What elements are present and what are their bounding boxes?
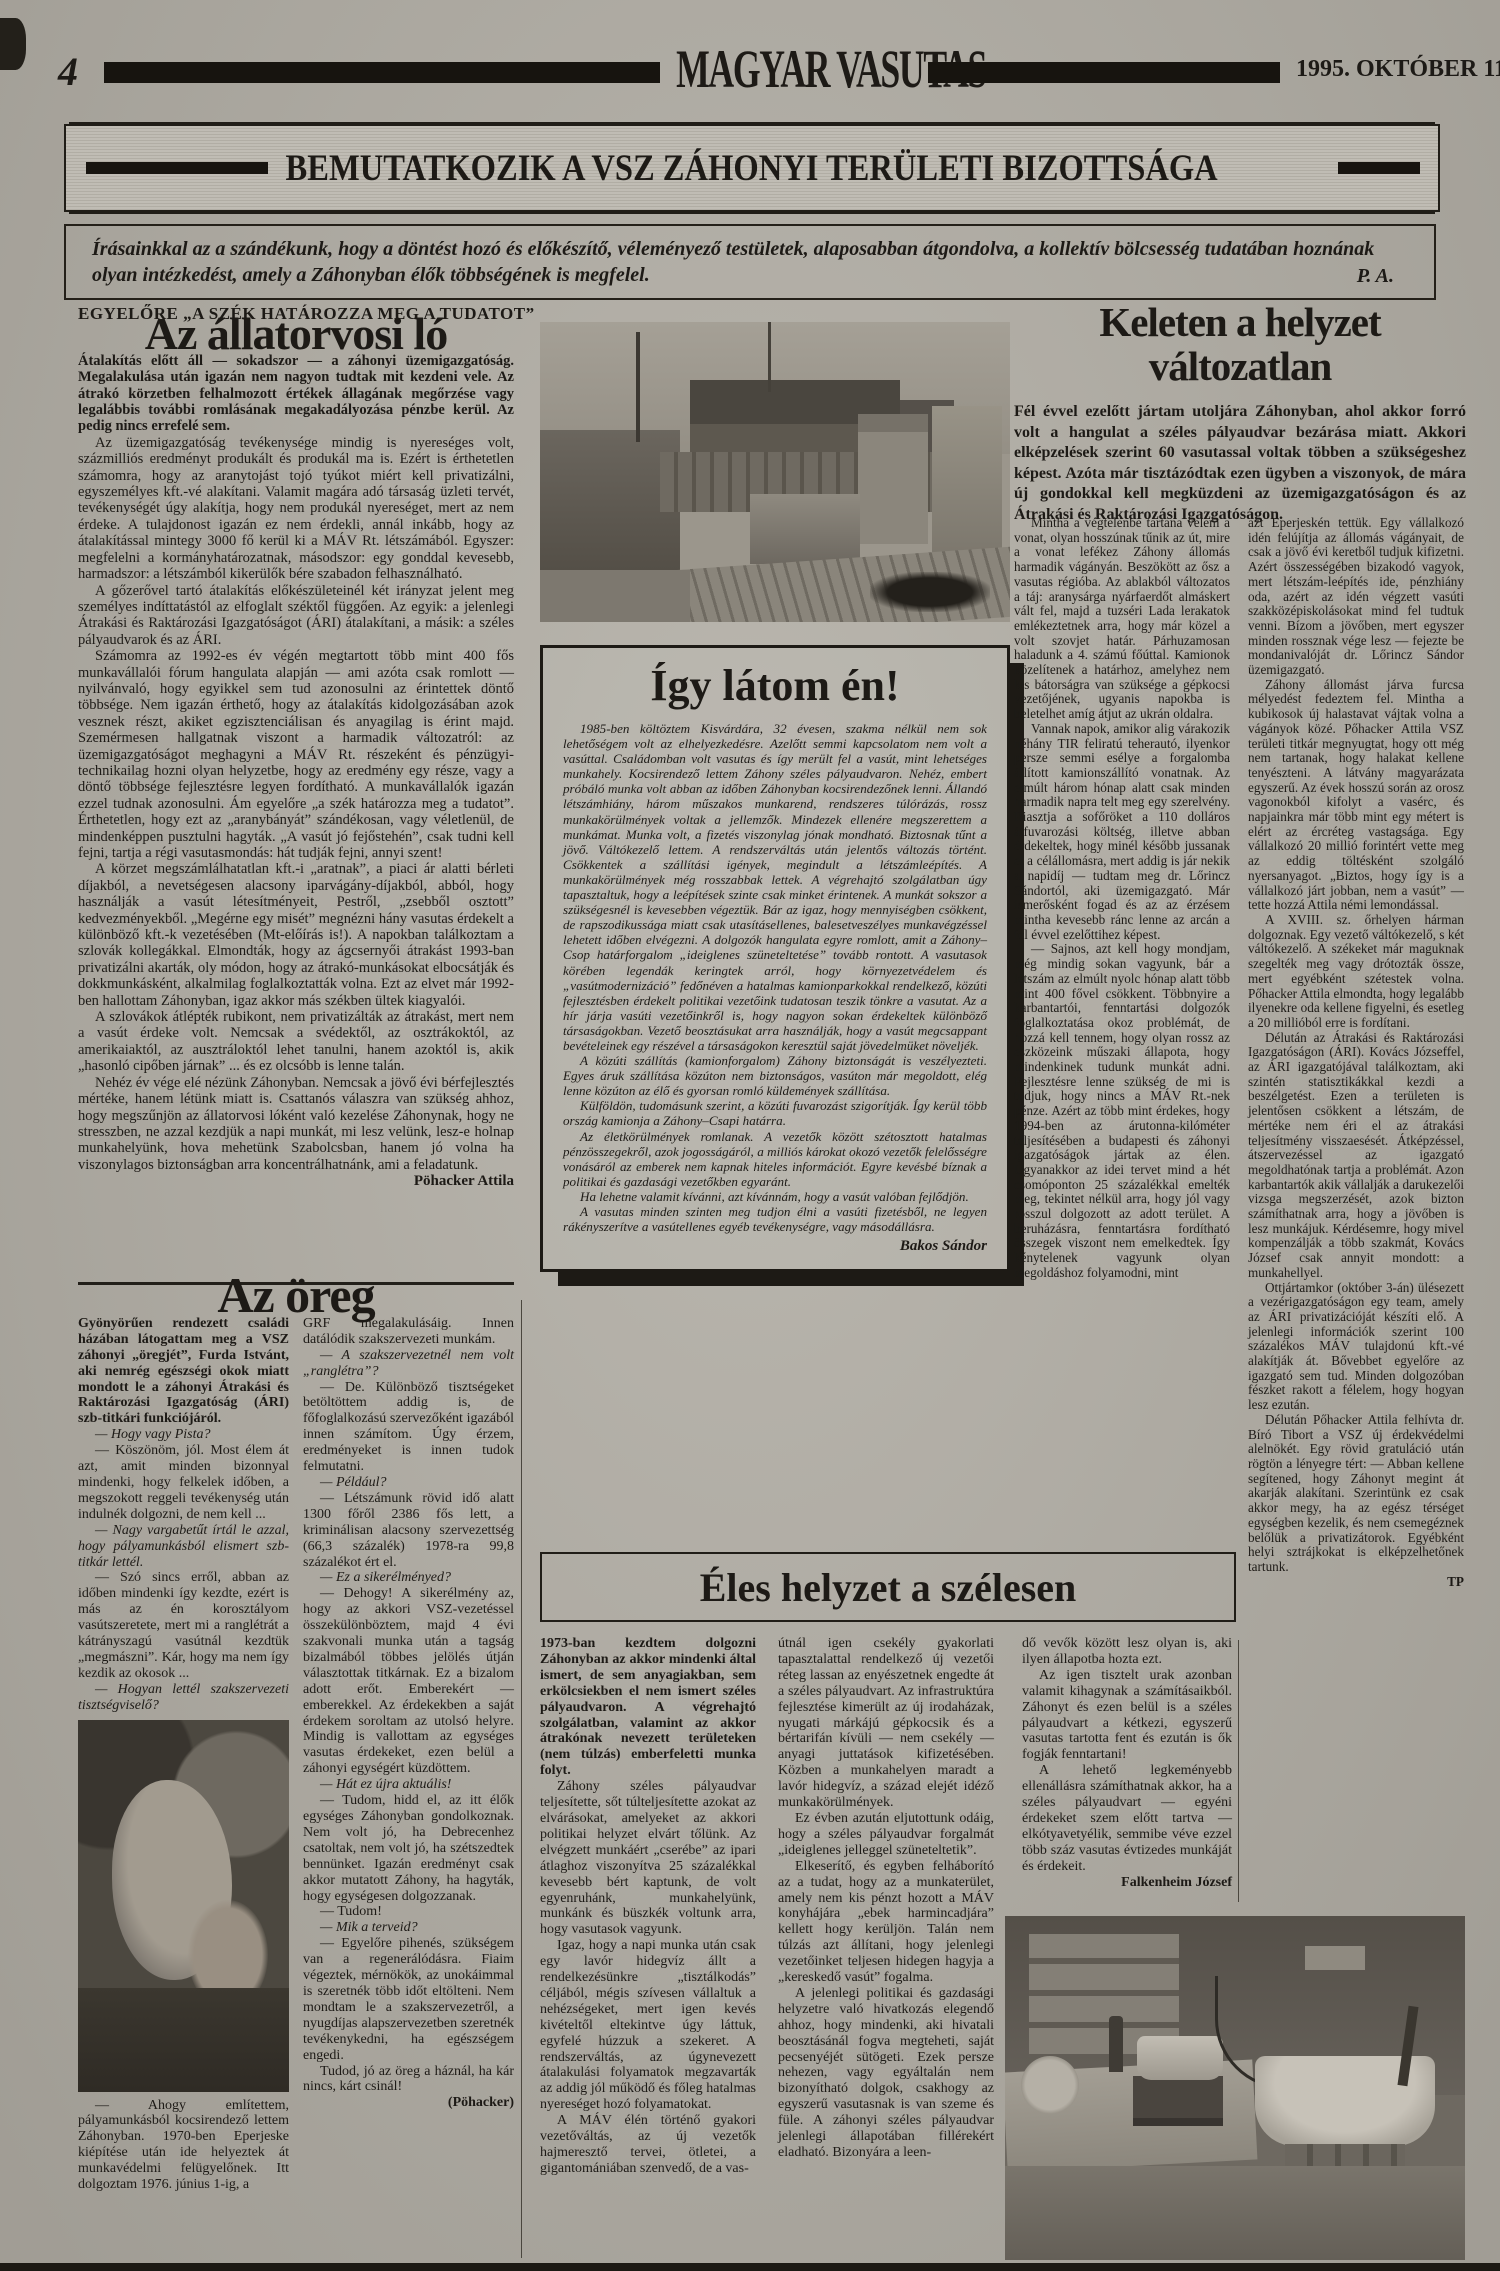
paragraph: útnál igen csekély gyakorlati tapasztala…	[778, 1636, 994, 1811]
paragraph: Az életkörülmények romlanak. A vezetők k…	[563, 1129, 987, 1189]
paragraph: Ottjártamkor (október 3-án) ülésezett a …	[1248, 1281, 1464, 1413]
intro-signature: P. A.	[1357, 265, 1394, 288]
photo-shed-left	[540, 430, 680, 570]
column-rule-eles-keleten	[1238, 1640, 1239, 1902]
paragraph: Délután az Átrakási és Raktározási Igazg…	[1248, 1031, 1464, 1281]
paragraph: 1973-ban kezdtem dolgozni Záhonyban az a…	[540, 1636, 756, 1779]
paragraph: — Hogy vagy Pista?	[78, 1427, 289, 1443]
keleten-lead: Fél évvel ezelőtt jártam utoljára Záhony…	[1014, 402, 1466, 525]
keleten-col-left-text: Mintha a végtelenbe tartana velem a vona…	[1014, 516, 1230, 1281]
paragraph: A közúti szállítás (kamionforgalom) Záho…	[563, 1053, 987, 1098]
paragraph: Külföldön, tudomásunk szerint, a közúti …	[563, 1098, 987, 1128]
article-byline: Pöhacker Attila	[78, 1173, 514, 1189]
oreg-column-1: Gyönyörűen rendezett családi házában lát…	[78, 1316, 289, 2193]
keleten-col-right-text: azt Eperjeskén tettük. Egy vállalkozó id…	[1248, 516, 1464, 1575]
photo-pipe	[1305, 1946, 1365, 1970]
paragraph: GRF megalakulásáig. Innen datálódik szak…	[303, 1316, 514, 1348]
paragraph: Az üzemigazgatóság tevékenysége mindig i…	[78, 435, 514, 583]
keleten-column-left: Mintha a végtelenbe tartana velem a vona…	[1014, 516, 1230, 1281]
paragraph: Mintha a végtelenbe tartana velem a vona…	[1014, 516, 1230, 722]
photo-pole	[636, 332, 640, 442]
paragraph: — Ez a sikerélményed?	[303, 1570, 514, 1586]
paragraph: — De. Különböző tisztségeket betöltöttem…	[303, 1380, 514, 1475]
portrait-photo	[78, 1720, 289, 2092]
banner-bar-left	[86, 162, 268, 174]
paragraph: A XVIII. sz. őrhelyen hárman dolgoznak. …	[1248, 913, 1464, 1031]
photo-shoulder	[78, 1988, 289, 2092]
yard-photo	[540, 322, 1010, 622]
header-bar-right	[928, 62, 1280, 83]
paragraph: Ez évben azután eljutottunk odáig, hogy …	[778, 1811, 994, 1859]
article-eles-headline-box: Éles helyzet a szélesen	[540, 1552, 1236, 1622]
photo-ground	[540, 570, 690, 622]
paragraph: Elkeserítő, és egyben felháborító az a t…	[778, 1859, 994, 1986]
paragraph: A MÁV élén történő gyakori vezetőváltás,…	[540, 2113, 756, 2177]
paragraph: — Nagy vargabetűt írtál le azzal, hogy p…	[78, 1523, 289, 1571]
paragraph: Igaz, hogy a napi munka után csak egy la…	[540, 1938, 756, 2113]
paragraph: — Hát ez újra aktuális!	[303, 1777, 514, 1793]
paragraph: — A szakszervezetnél nem volt „ranglétra…	[303, 1348, 514, 1380]
article-title-oreg: Az öreg	[78, 1288, 514, 1304]
scan-corner-smudge	[0, 18, 26, 70]
eles-col-b-text: útnál igen csekély gyakorlati tapasztala…	[778, 1636, 994, 2161]
photo-station-building	[932, 406, 1002, 556]
article-body: Átalakítás előtt áll — sokadszor — a záh…	[78, 353, 514, 1173]
eles-col-a-text: 1973-ban kezdtem dolgozni Záhonyban az a…	[540, 1636, 756, 2177]
photo-pole-2	[768, 322, 771, 392]
oreg-col2-text: GRF megalakulásáig. Innen datálódik szak…	[303, 1316, 514, 2095]
paragraph: — Ahogy említettem, pályamunkásból kocsi…	[78, 2098, 289, 2193]
paragraph: Nehéz év vége elé nézünk Záhonyban. Nemc…	[78, 1075, 514, 1173]
photo-dark-smudge	[870, 572, 990, 612]
paragraph: Ha lehetne valamit kívánni, azt kívánnám…	[563, 1189, 987, 1204]
paragraph: — Szó sincs erről, abban az időben minde…	[78, 1570, 289, 1681]
paragraph: A körzet megszámlálhatatlan kft.-i „arat…	[78, 861, 514, 1009]
paragraph: — Dehogy! A sikerélmény az, hogy az akko…	[303, 1586, 514, 1777]
article-title-eles: Éles helyzet a szélesen	[700, 1564, 1077, 1611]
article-title-keleten: Keleten a helyzet változatlan	[1014, 300, 1466, 388]
intro-text: Írásainkkal az a szándékunk, hogy a dönt…	[92, 236, 1408, 288]
photo-bottle	[1109, 2016, 1123, 2072]
oreg-col1-text: Gyönyörűen rendezett családi házában lát…	[78, 1316, 289, 1714]
paragraph: — Köszönöm, jól. Most élem át azt, amit …	[78, 1443, 289, 1523]
paragraph: Vannak napok, amikor alig várakozik néhá…	[1014, 722, 1230, 943]
section-banner: BEMUTATKOZIK A VSZ ZÁHONYI TERÜLETI BIZO…	[64, 124, 1440, 212]
keleten-byline: TP	[1248, 1575, 1464, 1590]
igylatom-byline: Bakos Sándor	[563, 1238, 987, 1255]
article-igylatom: Így látom én! 1985-ben költöztem Kisvárd…	[540, 645, 1010, 1272]
paragraph: — Sajnos, azt kell hogy mondjam, még min…	[1014, 942, 1230, 1280]
paragraph: Záhony állomást járva furcsa mélyedést f…	[1248, 678, 1464, 913]
eles-column-b: útnál igen csekély gyakorlati tapasztala…	[778, 1636, 994, 2161]
paragraph: Számomra az 1992-es év végén megtartott …	[78, 648, 514, 861]
photo-pot	[1137, 2036, 1223, 2080]
paragraph: Tudod, jó az öreg a háznál, ha kár nincs…	[303, 2064, 514, 2096]
paragraph: Az igen tisztelt urak azonban valamit ki…	[1022, 1668, 1232, 1763]
paragraph: 1985-ben költöztem Kisvárdára, 32 évesen…	[563, 721, 987, 1053]
paragraph: — Létszámunk rövid idő alatt 1300 főről …	[303, 1491, 514, 1571]
paragraph: azt Eperjeskén tettük. Egy vállalkozó id…	[1248, 516, 1464, 678]
paragraph: A vasutas minden szinten meg tudjon élni…	[563, 1204, 987, 1234]
article-title-igylatom: Így látom én!	[563, 660, 987, 711]
header-bar-left	[104, 62, 660, 83]
article-title-allatorvosi: Az állatorvosi ló	[78, 326, 514, 342]
paragraph: Átalakítás előtt áll — sokadszor — a záh…	[78, 353, 514, 435]
eles-byline: Falkenheim József	[1022, 1875, 1232, 1891]
paragraph: A jelenlegi politikai és gazdasági helyz…	[778, 1986, 994, 2161]
photo-floor	[1005, 2166, 1465, 2260]
page-number: 4	[58, 48, 78, 95]
paragraph: Délután Pőhacker Attila felhívta dr. Bír…	[1248, 1413, 1464, 1575]
article-oreg: Az öreg Gyönyörűen rendezett családi ház…	[78, 1288, 514, 2193]
paragraph: — Mik a terveid?	[303, 1920, 514, 1936]
banner-title: BEMUTATKOZIK A VSZ ZÁHONYI TERÜLETI BIZO…	[286, 147, 1218, 190]
issue-date: 1995. OKTÓBER 11.	[1296, 56, 1500, 83]
paragraph: Gyönyörűen rendezett családi házában lát…	[78, 1316, 289, 1427]
paragraph: dő vevők között lesz olyan is, aki ilyen…	[1022, 1636, 1232, 1668]
scan-bottom-edge	[0, 2263, 1500, 2271]
article-allatorvosi: EGYELŐRE „A SZÉK HATÁROZZA MEG A TUDATOT…	[78, 306, 514, 1190]
photo-tower-building	[858, 414, 928, 544]
paragraph: — Tudom, hidd el, az itt élők egységes Z…	[303, 1793, 514, 1904]
oreg-byline: (Pöhacker)	[303, 2095, 514, 2111]
photo-hut	[750, 494, 860, 564]
keleten-column-right: azt Eperjeskén tettük. Egy vállalkozó id…	[1248, 516, 1464, 1589]
masthead-title: MAGYAR VASUTAS	[676, 38, 894, 100]
keleten-title-line1: Keleten a helyzet	[1014, 300, 1466, 344]
paragraph: A szlovákok átlépték rubikont, nem priva…	[78, 1009, 514, 1075]
paragraph: — Például?	[303, 1475, 514, 1491]
oreg-column-2: GRF megalakulásáig. Innen datálódik szak…	[303, 1316, 514, 2193]
photo-hotplate	[1133, 2076, 1223, 2126]
intro-box: Írásainkkal az a szándékunk, hogy a dönt…	[64, 224, 1436, 300]
igylatom-body: 1985-ben költöztem Kisvárdára, 32 évesen…	[563, 721, 987, 1234]
paragraph: A lehető legkeményebb ellenállásra számí…	[1022, 1763, 1232, 1874]
banner-bar-right	[1338, 162, 1420, 174]
photo-plate	[1021, 2056, 1079, 2114]
eles-col-c-text: dő vevők között lesz olyan is, aki ilyen…	[1022, 1636, 1232, 1875]
oreg-col1-after-photo: — Ahogy említettem, pályamunkásból kocsi…	[78, 2098, 289, 2193]
paragraph: A gőzerővel tartó átalakítás előkészület…	[78, 583, 514, 649]
eles-column-a: 1973-ban kezdtem dolgozni Záhonyban az a…	[540, 1636, 756, 2177]
keleten-title-line2: változatlan	[1014, 344, 1466, 388]
paragraph: — Egyelőre pihenés, szükségem van a rege…	[303, 1936, 514, 2063]
newspaper-page: 4 MAGYAR VASUTAS 1995. OKTÓBER 11. BEMUT…	[0, 0, 1500, 2271]
eles-column-c: dő vevők között lesz olyan is, aki ilyen…	[1022, 1636, 1232, 1891]
paragraph: — Hogyan lettél szakszervezeti tisztségv…	[78, 1682, 289, 1714]
column-rule-left	[521, 1300, 522, 2258]
paragraph: Záhony széles pályaudvar teljesítette, s…	[540, 1779, 756, 1938]
interior-photo	[1005, 1916, 1465, 2260]
paragraph: — Tudom!	[303, 1904, 514, 1920]
